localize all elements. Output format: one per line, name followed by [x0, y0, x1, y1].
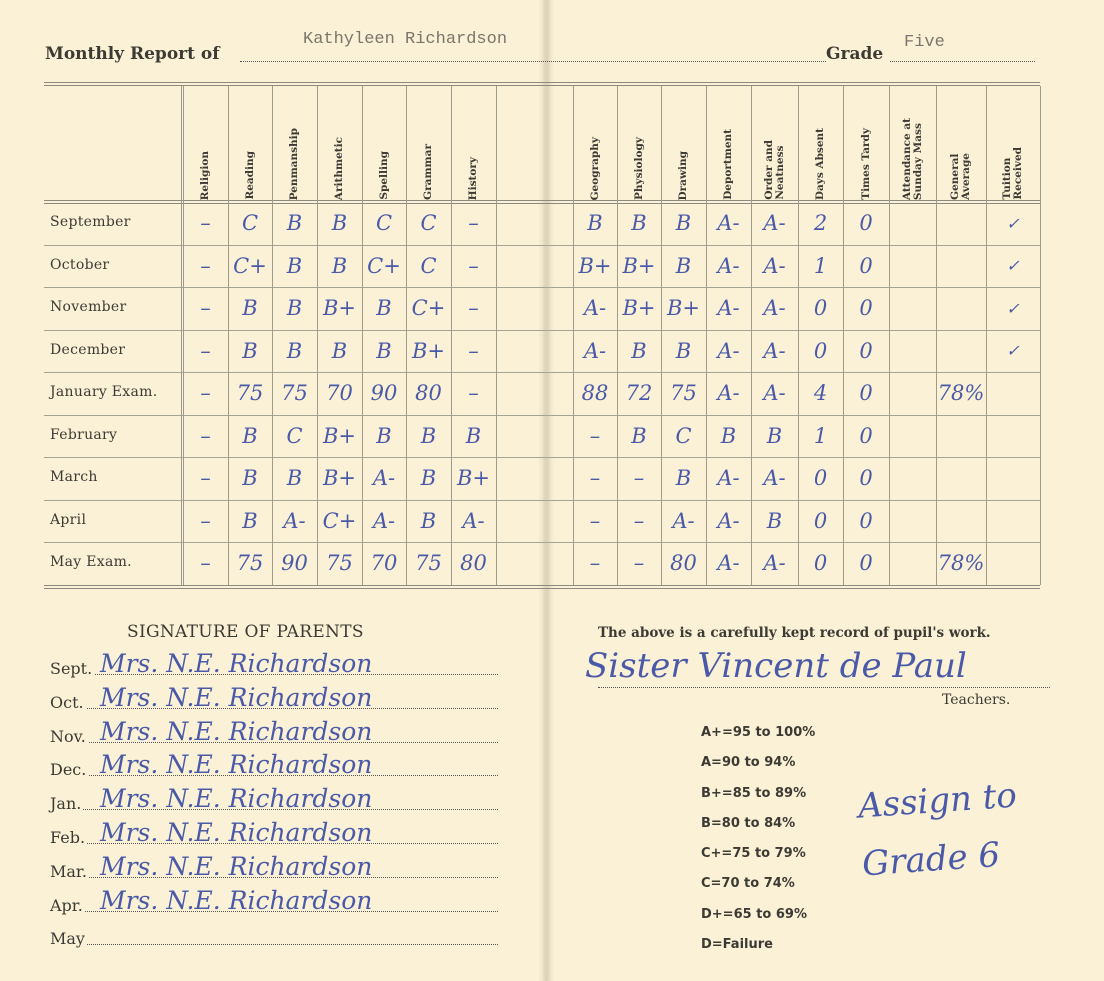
- grade-cell: A-: [272, 500, 317, 542]
- grade-cell: B: [661, 202, 706, 244]
- grade-cell: C: [362, 202, 406, 244]
- grade-cell: B: [751, 500, 798, 542]
- grade-cell: 0: [798, 330, 843, 372]
- grade-cell: A-: [706, 500, 751, 542]
- grade-cell: B: [228, 415, 272, 457]
- grade-cell: [936, 287, 986, 329]
- grade-cell: [889, 330, 936, 372]
- grade-cell: [889, 457, 936, 499]
- grade-cell: B: [317, 202, 362, 244]
- grade-cell: [496, 415, 573, 457]
- grade-cell: B: [661, 330, 706, 372]
- grade-cell: –: [573, 500, 617, 542]
- column-header-spelling: Spelling: [362, 82, 406, 200]
- grade-cell: B+: [661, 287, 706, 329]
- header-bottom-rule: [44, 200, 1040, 201]
- column-header-grammar: Grammar: [406, 82, 451, 200]
- label-column-rule: [181, 86, 182, 585]
- column-header-reading: Reading: [228, 82, 272, 200]
- grade-cell: –: [573, 415, 617, 457]
- parent-signature: Mrs. N.E. Richardson: [100, 886, 372, 915]
- grade-cell: B: [661, 245, 706, 287]
- grade-cell: A-: [706, 287, 751, 329]
- grade-cell: B: [706, 415, 751, 457]
- grade-cell: –: [183, 245, 228, 287]
- signature-month: Jan.: [50, 794, 83, 813]
- grade-cell: 78%: [936, 542, 986, 584]
- parent-signature: Mrs. N.E. Richardson: [100, 818, 372, 847]
- grade-cell: 0: [843, 457, 889, 499]
- grade-cell: B: [228, 287, 272, 329]
- row-label: September: [50, 214, 131, 230]
- grade-cell: A-: [751, 287, 798, 329]
- column-header-arithmetic: Arithmetic: [317, 82, 362, 200]
- grade-cell: A-: [573, 330, 617, 372]
- grade-cell: –: [617, 457, 661, 499]
- grade-cell: –: [183, 415, 228, 457]
- grade-cell: C: [661, 415, 706, 457]
- grade-cell: A-: [751, 457, 798, 499]
- parent-signature: Mrs. N.E. Richardson: [100, 750, 372, 779]
- grade-cell: B: [228, 330, 272, 372]
- grade-cell: B: [272, 202, 317, 244]
- grading-scale: A+=95 to 100%A=90 to 94%B+=85 to 89%B=80…: [701, 718, 815, 960]
- name-dotted-line: [240, 61, 826, 62]
- column-header-geography: Geography: [573, 82, 617, 200]
- column-header-label: Penmanship: [289, 124, 300, 200]
- grade-cell: C+: [362, 245, 406, 287]
- grade-cell: ✓: [986, 287, 1040, 329]
- grade-cell: A-: [751, 330, 798, 372]
- grade-cell: [889, 500, 936, 542]
- grade-cell: 0: [843, 372, 889, 414]
- column-header-label: Grammar: [423, 140, 434, 200]
- grade-cell: 1: [798, 415, 843, 457]
- grade-cell: A-: [362, 500, 406, 542]
- column-header-religion: Religion: [183, 82, 228, 200]
- grade-cell: [986, 372, 1040, 414]
- grade-cell: 0: [843, 245, 889, 287]
- grade-cell: [936, 330, 986, 372]
- grade-cell: B: [228, 457, 272, 499]
- grade-cell: 88: [573, 372, 617, 414]
- signature-month: Dec.: [50, 760, 88, 779]
- grade-cell: C: [406, 202, 451, 244]
- signature-row: May: [50, 917, 498, 950]
- grade-cell: 75: [661, 372, 706, 414]
- signature-row: Apr. Mrs. N.E. Richardson: [50, 884, 498, 917]
- grade-cell: –: [183, 457, 228, 499]
- column-header-label: Spelling: [379, 147, 390, 200]
- signature-month: Apr.: [50, 896, 85, 915]
- signature-line: [50, 944, 498, 945]
- signature-row: Jan. Mrs. N.E. Richardson: [50, 782, 498, 815]
- signature-month: Nov.: [50, 727, 88, 746]
- grade-cell: B: [617, 330, 661, 372]
- grade-cell: [986, 542, 1040, 584]
- grade-cell: B+: [317, 415, 362, 457]
- grade-cell: A-: [706, 542, 751, 584]
- grade-cell: –: [183, 202, 228, 244]
- grade-cell: B: [362, 415, 406, 457]
- column-header-label: Drawing: [678, 147, 689, 200]
- column-header-average: General Average: [936, 82, 986, 200]
- column-header-label: Order and Neatness: [764, 136, 786, 200]
- grade-cell: 4: [798, 372, 843, 414]
- grade-cell: [496, 500, 573, 542]
- grade-cell: B: [317, 245, 362, 287]
- row-label: December: [50, 342, 125, 358]
- grade-cell: B+: [406, 330, 451, 372]
- grade-cell: B: [751, 415, 798, 457]
- grade-cell: [889, 202, 936, 244]
- signature-row: Oct. Mrs. N.E. Richardson: [50, 681, 498, 714]
- grade-cell: –: [451, 372, 496, 414]
- grade-cell: [986, 500, 1040, 542]
- grade-cell: –: [183, 287, 228, 329]
- grade-dotted-line: [890, 61, 1035, 62]
- teacher-signature-line: [598, 687, 1050, 688]
- column-header-mass: Attendance at Sunday Mass: [889, 82, 936, 200]
- grade-cell: B+: [451, 457, 496, 499]
- student-name: Kathyleen Richardson: [303, 30, 507, 49]
- column-header-history: History: [451, 82, 496, 200]
- grade-cell: B: [317, 330, 362, 372]
- signature-month: Feb.: [50, 828, 87, 847]
- column-header-label: Times Tardy: [861, 124, 872, 200]
- promotion-note: Assign to Grade 6: [856, 767, 1023, 894]
- grade-cell: [496, 287, 573, 329]
- grade-cell: B: [406, 500, 451, 542]
- parent-signature: Mrs. N.E. Richardson: [100, 852, 372, 881]
- column-header-tuition: Tuition Received: [986, 82, 1040, 200]
- grade-value: Five: [904, 33, 945, 52]
- grade-cell: 0: [798, 542, 843, 584]
- grade-cell: C: [272, 415, 317, 457]
- grade-cell: A-: [751, 202, 798, 244]
- grade-cell: 80: [406, 372, 451, 414]
- grade-cell: C+: [406, 287, 451, 329]
- grade-cell: C: [406, 245, 451, 287]
- grade-cell: B+: [617, 287, 661, 329]
- column-header-label: Geography: [590, 133, 601, 200]
- grade-cell: B: [272, 245, 317, 287]
- grade-cell: [936, 415, 986, 457]
- grade-cell: [496, 372, 573, 414]
- grade-cell: 0: [798, 500, 843, 542]
- grade-cell: [496, 202, 573, 244]
- grade-cell: 0: [843, 542, 889, 584]
- grade-cell: 1: [798, 245, 843, 287]
- grade-cell: B: [406, 457, 451, 499]
- column-header-label: Days Absent: [815, 124, 826, 200]
- column-header-penmanship: Penmanship: [272, 82, 317, 200]
- parent-signature: Mrs. N.E. Richardson: [100, 649, 372, 678]
- row-label: October: [50, 257, 109, 273]
- grade-cell: 70: [317, 372, 362, 414]
- signature-row: Sept. Mrs. N.E. Richardson: [50, 647, 498, 680]
- grade-cell: 72: [617, 372, 661, 414]
- signature-month: Mar.: [50, 862, 89, 881]
- grade-cell: 70: [362, 542, 406, 584]
- grade-cell: 0: [843, 500, 889, 542]
- grade-cell: B: [617, 202, 661, 244]
- grade-cell: B: [228, 500, 272, 542]
- grade-cell: –: [451, 245, 496, 287]
- grade-cell: B: [617, 415, 661, 457]
- grade-cell: [496, 542, 573, 584]
- grade-cell: B: [272, 457, 317, 499]
- row-label: March: [50, 469, 98, 485]
- grade-cell: A-: [706, 372, 751, 414]
- grading-scale-item: A+=95 to 100%: [701, 718, 815, 748]
- grade-cell: 0: [798, 287, 843, 329]
- grade-cell: [889, 415, 936, 457]
- grade-cell: B: [661, 457, 706, 499]
- signature-month: Sept.: [50, 659, 94, 678]
- column-header-label: Tuition Received: [1002, 143, 1024, 200]
- grade-cell: –: [451, 287, 496, 329]
- grade-cell: –: [183, 372, 228, 414]
- grade-cell: [889, 372, 936, 414]
- grading-scale-item: D=Failure: [701, 930, 815, 960]
- parent-signature: Mrs. N.E. Richardson: [100, 717, 372, 746]
- grade-cell: B+: [617, 245, 661, 287]
- grade-cell: 75: [272, 372, 317, 414]
- grade-cell: 0: [843, 202, 889, 244]
- grade-cell: [889, 287, 936, 329]
- grade-cell: A-: [751, 542, 798, 584]
- grade-cell: [889, 542, 936, 584]
- grade-cell: ✓: [986, 245, 1040, 287]
- grade-cell: 75: [406, 542, 451, 584]
- grade-cell: –: [183, 542, 228, 584]
- column-header-label: Arithmetic: [334, 133, 345, 200]
- grade-cell: [936, 245, 986, 287]
- signature-row: Feb. Mrs. N.E. Richardson: [50, 816, 498, 849]
- grade-cell: [496, 457, 573, 499]
- column-header-label: General Average: [950, 149, 972, 200]
- grade-cell: –: [573, 542, 617, 584]
- grade-cell: [936, 457, 986, 499]
- grade-cell: B: [573, 202, 617, 244]
- grading-scale-item: B+=85 to 89%: [701, 779, 815, 809]
- grade-cell: B: [362, 287, 406, 329]
- grade-cell: –: [617, 500, 661, 542]
- grade-cell: 0: [798, 457, 843, 499]
- table-bottom-rule: [44, 585, 1040, 586]
- signature-row: Dec. Mrs. N.E. Richardson: [50, 748, 498, 781]
- grade-cell: [496, 245, 573, 287]
- grade-cell: 0: [843, 415, 889, 457]
- grade-cell: [889, 245, 936, 287]
- parent-signature: Mrs. N.E. Richardson: [100, 784, 372, 813]
- column-header-label: Deportment: [723, 125, 734, 200]
- grade-cell: 75: [317, 542, 362, 584]
- grade-cell: –: [451, 202, 496, 244]
- grade-cell: B+: [317, 287, 362, 329]
- grade-cell: A-: [706, 245, 751, 287]
- grading-scale-item: C=70 to 74%: [701, 869, 815, 899]
- grade-cell: B: [272, 287, 317, 329]
- signature-row: Nov. Mrs. N.E. Richardson: [50, 715, 498, 748]
- grade-cell: –: [573, 457, 617, 499]
- grade-cell: C+: [228, 245, 272, 287]
- grade-cell: A-: [573, 287, 617, 329]
- grade-cell: [986, 457, 1040, 499]
- report-title: Monthly Report of: [45, 44, 220, 64]
- grade-cell: [936, 500, 986, 542]
- row-label: April: [50, 512, 86, 528]
- column-header-label: Physiology: [634, 133, 645, 200]
- signature-month: May: [50, 929, 87, 948]
- teachers-label: Teachers.: [942, 692, 1010, 708]
- grading-scale-item: C+=75 to 79%: [701, 839, 815, 869]
- signature-heading: SIGNATURE OF PARENTS: [127, 622, 364, 642]
- grade-cell: ✓: [986, 202, 1040, 244]
- grade-cell: –: [617, 542, 661, 584]
- teacher-signature: Sister Vincent de Paul: [585, 646, 967, 686]
- grade-cell: B+: [317, 457, 362, 499]
- grade-cell: B: [272, 330, 317, 372]
- grade-cell: –: [183, 500, 228, 542]
- row-label: January Exam.: [50, 384, 157, 400]
- grade-cell: A-: [362, 457, 406, 499]
- grade-cell: [936, 202, 986, 244]
- grade-cell: 80: [661, 542, 706, 584]
- grade-cell: A-: [751, 372, 798, 414]
- grade-cell: 80: [451, 542, 496, 584]
- grade-cell: 75: [228, 542, 272, 584]
- row-label: February: [50, 427, 117, 443]
- column-header-order: Order and Neatness: [751, 82, 798, 200]
- column-header-deportment: Deportment: [706, 82, 751, 200]
- column-header-absent: Days Absent: [798, 82, 843, 200]
- column-header-label: Religion: [200, 147, 211, 200]
- column-header-physiology: Physiology: [617, 82, 661, 200]
- column-header-label: History: [468, 153, 479, 200]
- grade-cell: A-: [706, 457, 751, 499]
- signature-row: Mar. Mrs. N.E. Richardson: [50, 850, 498, 883]
- grade-cell: A-: [706, 330, 751, 372]
- right-rule: [1040, 86, 1041, 585]
- grade-cell: A-: [661, 500, 706, 542]
- grade-cell: B: [362, 330, 406, 372]
- grade-cell: [986, 415, 1040, 457]
- signature-month: Oct.: [50, 693, 86, 712]
- grade-cell: 0: [843, 287, 889, 329]
- grade-cell: [496, 330, 573, 372]
- grade-cell: B: [451, 415, 496, 457]
- grading-scale-item: D+=65 to 69%: [701, 900, 815, 930]
- row-label: November: [50, 299, 127, 315]
- grading-scale-item: A=90 to 94%: [701, 748, 815, 778]
- grading-scale-item: B=80 to 84%: [701, 809, 815, 839]
- grade-cell: 90: [362, 372, 406, 414]
- grade-cell: A-: [706, 202, 751, 244]
- grade-cell: B: [406, 415, 451, 457]
- grade-cell: B+: [573, 245, 617, 287]
- grade-cell: C+: [317, 500, 362, 542]
- column-header-tardy: Times Tardy: [843, 82, 889, 200]
- row-label: May Exam.: [50, 554, 132, 570]
- parent-signature: Mrs. N.E. Richardson: [100, 683, 372, 712]
- record-statement: The above is a carefully kept record of …: [598, 625, 991, 641]
- grade-cell: A-: [751, 245, 798, 287]
- grade-cell: A-: [451, 500, 496, 542]
- grade-cell: –: [451, 330, 496, 372]
- grade-cell: 90: [272, 542, 317, 584]
- grade-cell: –: [183, 330, 228, 372]
- grade-cell: 75: [228, 372, 272, 414]
- grade-cell: 2: [798, 202, 843, 244]
- grade-label: Grade: [826, 44, 883, 64]
- column-header-drawing: Drawing: [661, 82, 706, 200]
- column-header-label: Reading: [245, 147, 256, 200]
- grade-cell: 0: [843, 330, 889, 372]
- column-header-label: Attendance at Sunday Mass: [902, 114, 924, 200]
- grade-cell: 78%: [936, 372, 986, 414]
- grade-cell: C: [228, 202, 272, 244]
- table-bottom-rule: [44, 588, 1040, 589]
- grade-cell: ✓: [986, 330, 1040, 372]
